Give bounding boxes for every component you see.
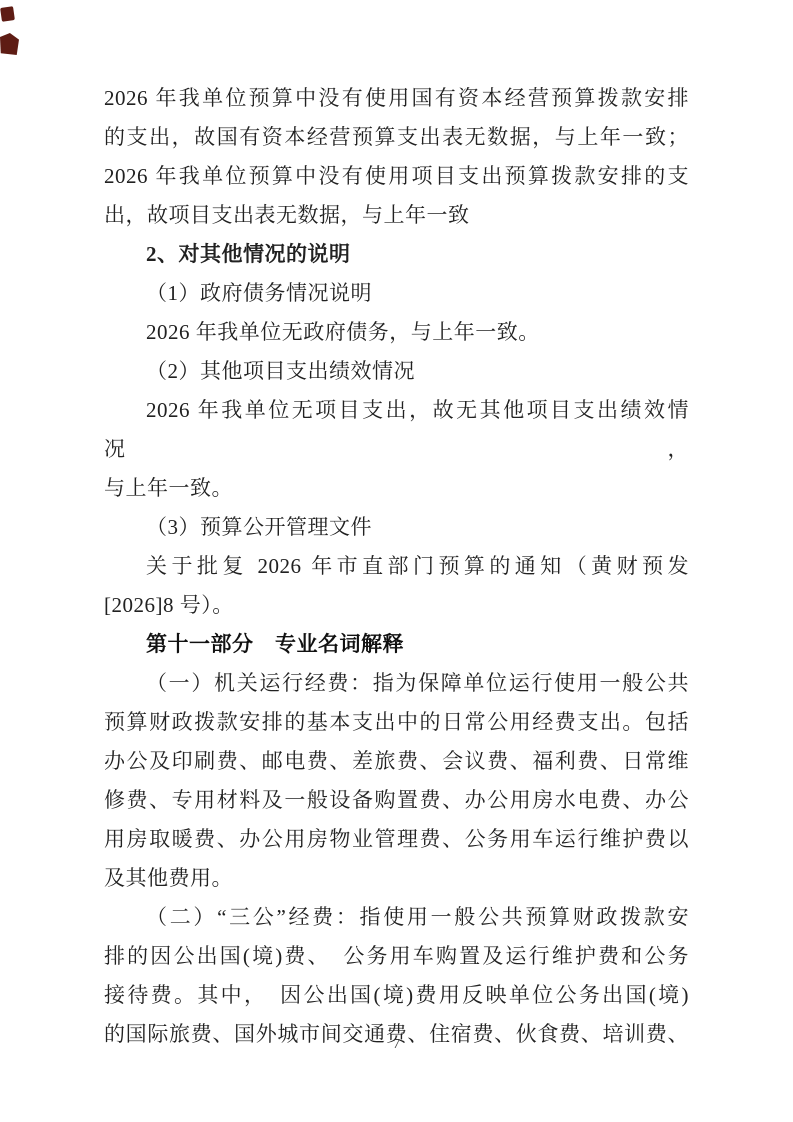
section-heading-terms: 第十一部分 专业名词解释 [104,625,689,664]
text-line: 出，故项目支出表无数据，与上年一致 [104,196,689,235]
item-budget-disclosure-title: （3）预算公开管理文件 [104,508,689,547]
page-number: 7 [0,1034,793,1056]
section-heading-text: 第十一部分 专业名词解释 [104,625,689,664]
text-line: 2026 年我单位预算中没有使用项目支出预算拨款安排的支 [104,157,689,196]
item-project-performance-title: （2）其他项目支出绩效情况 [104,352,689,391]
text-line: 2026 年我单位无项目支出，故无其他项目支出绩效情况， [104,391,689,469]
scan-stain-mark [0,33,19,55]
text-line: 2、对其他情况的说明 [104,235,689,274]
text-line: 修费、专用材料及一般设备购置费、办公用房水电费、办公 [104,781,689,820]
text-line: （2）其他项目支出绩效情况 [104,352,689,391]
text-line: 及其他费用。 [104,859,689,898]
item-government-debt-title: （1）政府债务情况说明 [104,274,689,313]
text-line: 2026 年我单位无政府债务，与上年一致。 [104,313,689,352]
paragraph-budget-note: 2026 年我单位预算中没有使用国有资本经营预算拨款安排 的支出，故国有资本经营… [104,79,689,235]
text-line: 的支出，故国有资本经营预算支出表无数据，与上年一致； [104,118,689,157]
text-line: 用房取暖费、办公用房物业管理费、公务用车运行维护费以 [104,820,689,859]
text-line: 接待费。其中， 因公出国(境)费用反映单位公务出国(境) [104,976,689,1015]
document-page: 2026 年我单位预算中没有使用国有资本经营预算拨款安排 的支出，故国有资本经营… [0,0,793,1122]
subheading-other-situations: 2、对其他情况的说明 [104,235,689,274]
text-line: 办公及印刷费、邮电费、差旅费、会议费、福利费、日常维 [104,742,689,781]
text-line: 关于批复 2026 年市直部门预算的通知（黄财预发 [104,547,689,586]
text-line: 排的因公出国(境)费、 公务用车购置及运行维护费和公务 [104,937,689,976]
document-body: 2026 年我单位预算中没有使用国有资本经营预算拨款安排 的支出，故国有资本经营… [104,79,689,1054]
text-line: 与上年一致。 [104,469,689,508]
paragraph-project-performance: 2026 年我单位无项目支出，故无其他项目支出绩效情况， 与上年一致。 [104,391,689,508]
text-line: 2026 年我单位预算中没有使用国有资本经营预算拨款安排 [104,79,689,118]
text-line: （一）机关运行经费：指为保障单位运行使用一般公共 [104,664,689,703]
scan-stain-mark [0,6,15,22]
paragraph-government-debt: 2026 年我单位无政府债务，与上年一致。 [104,313,689,352]
paragraph-term-operating-funds: （一）机关运行经费：指为保障单位运行使用一般公共 预算财政拨款安排的基本支出中的… [104,664,689,898]
paragraph-term-three-public-funds: （二）“三公”经费：指使用一般公共预算财政拨款安 排的因公出国(境)费、 公务用… [104,898,689,1054]
text-line: 预算财政拨款安排的基本支出中的日常公用经费支出。包括 [104,703,689,742]
text-line: （1）政府债务情况说明 [104,274,689,313]
text-line: （二）“三公”经费：指使用一般公共预算财政拨款安 [104,898,689,937]
text-line: [2026]8 号）。 [104,586,689,625]
text-line: （3）预算公开管理文件 [104,508,689,547]
paragraph-approval-notice: 关于批复 2026 年市直部门预算的通知（黄财预发 [2026]8 号）。 [104,547,689,625]
